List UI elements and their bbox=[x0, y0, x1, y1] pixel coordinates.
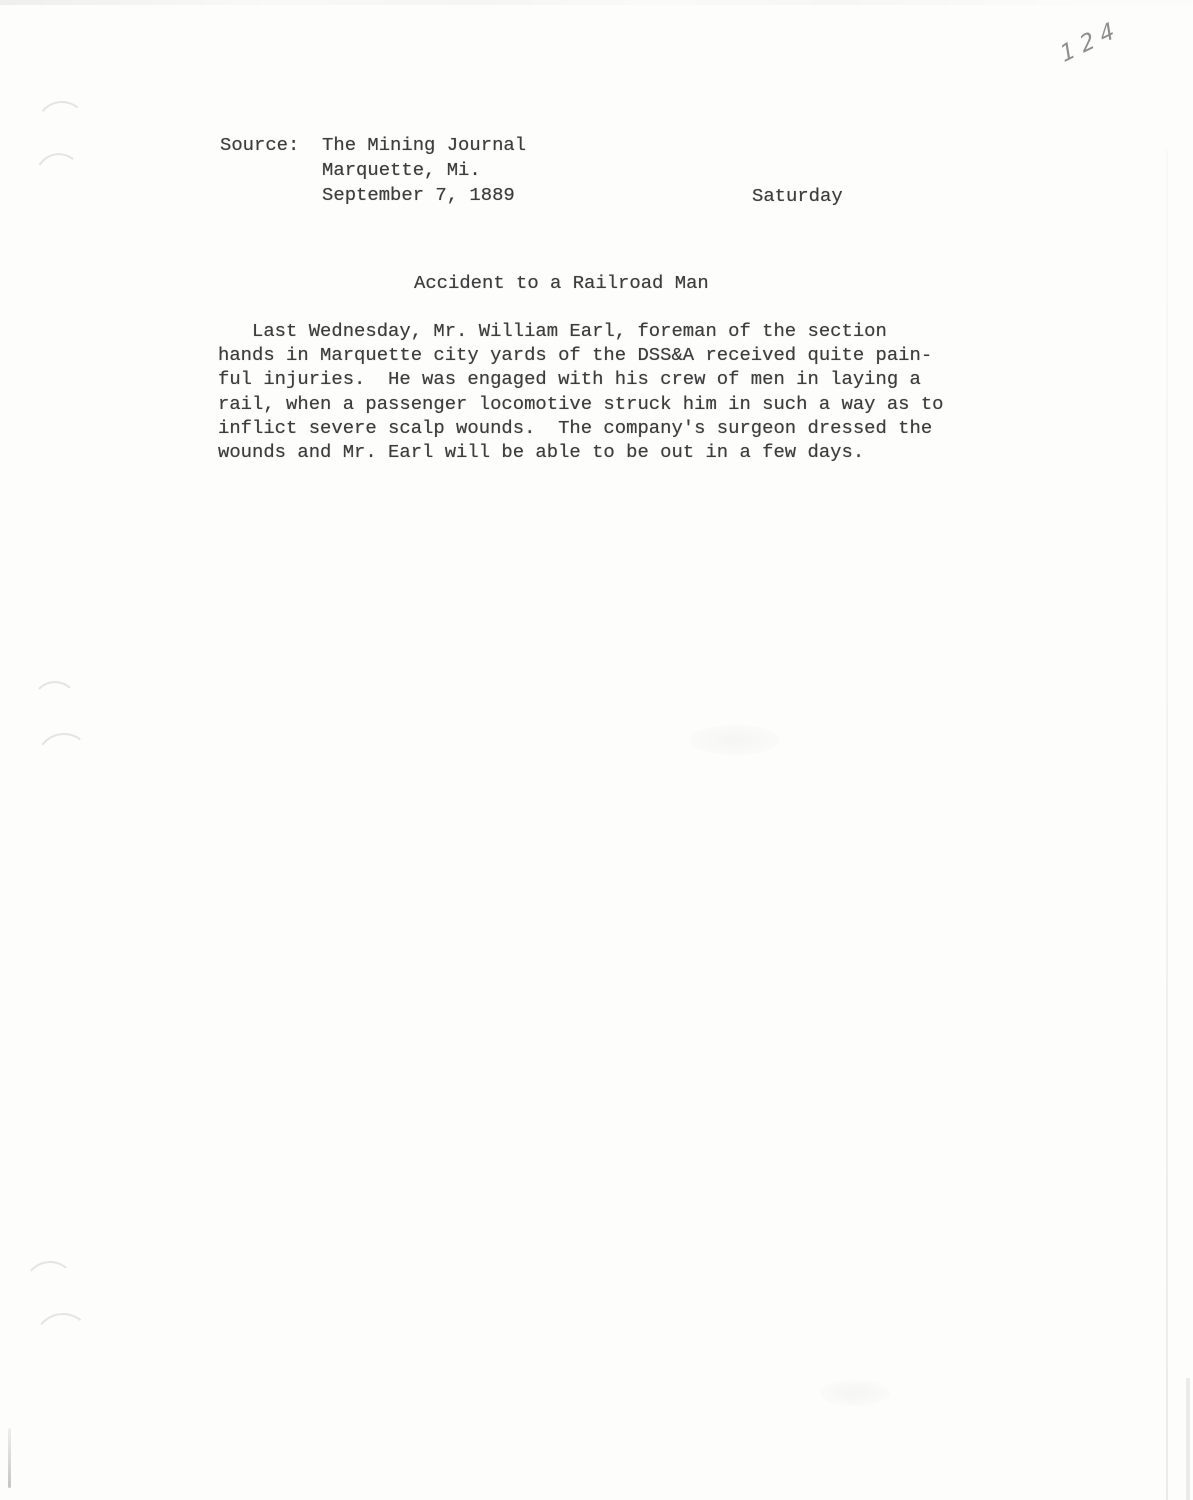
punch-hole-mark bbox=[31, 680, 79, 728]
punch-hole-mark bbox=[29, 149, 91, 217]
handwritten-page-number: 124 bbox=[1057, 15, 1124, 68]
day-of-week-label: Saturday bbox=[752, 184, 843, 208]
document-page: 124 Source: The Mining Journal Marquette… bbox=[0, 0, 1193, 1500]
scan-edge-artifact-left bbox=[8, 1428, 11, 1488]
paper-blemish bbox=[820, 1380, 890, 1406]
article-body: Last Wednesday, Mr. William Earl, forema… bbox=[218, 319, 944, 464]
punch-hole-mark bbox=[32, 729, 95, 792]
punch-hole-mark bbox=[31, 1310, 95, 1374]
scan-edge-artifact-top bbox=[0, 0, 1193, 5]
punch-hole-mark bbox=[22, 1259, 78, 1315]
source-block: Source: The Mining Journal Marquette, Mi… bbox=[220, 133, 526, 208]
scan-crease-right bbox=[1166, 150, 1168, 1500]
punch-hole-mark bbox=[33, 98, 90, 155]
article-title: Accident to a Railroad Man bbox=[414, 271, 709, 295]
scan-edge-artifact-right bbox=[1186, 1378, 1190, 1500]
paper-blemish bbox=[690, 725, 780, 755]
